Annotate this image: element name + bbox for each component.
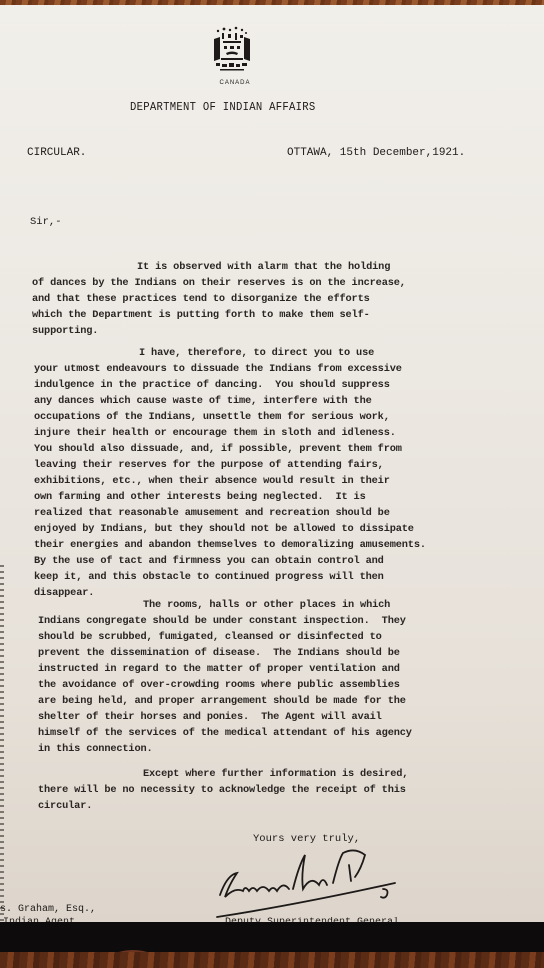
coat-of-arms-icon: [208, 25, 256, 75]
paragraph-line: himself of the services of the medical a…: [38, 725, 508, 741]
paragraph-line: enjoyed by Indians, but they should not …: [34, 521, 504, 537]
paragraph-line: I have, therefore, to direct you to use: [34, 345, 504, 361]
paragraph-line: are being held, and proper arrangement s…: [38, 693, 508, 709]
paragraph-line: You should also dissuade, and, if possib…: [34, 441, 504, 457]
paragraph-line: and that these practices tend to disorga…: [32, 291, 502, 307]
paragraph-line: shelter of their horses and ponies. The …: [38, 709, 508, 725]
paragraph-line: The rooms, halls or other places in whic…: [38, 597, 508, 613]
paragraph-line: indulgence in the practice of dancing. Y…: [34, 377, 504, 393]
paragraph-3: The rooms, halls or other places in whic…: [38, 597, 508, 757]
crest-label: CANADA: [210, 80, 260, 86]
paper-torn-edge: [0, 565, 4, 925]
letter-page: CANADA DEPARTMENT OF INDIAN AFFAIRS CIRC…: [0, 5, 544, 922]
dateline: OTTAWA, 15th December,1921.: [287, 147, 465, 159]
signature: Duncan C. Scott: [215, 845, 415, 920]
paragraph-line: By the use of tact and firmness you can …: [34, 553, 504, 569]
salutation: Sir,-: [30, 216, 62, 228]
paragraph-line: supporting.: [32, 323, 502, 339]
paragraph-line: exhibitions, etc., when their absence wo…: [34, 473, 504, 489]
closing: Yours very truly,: [253, 833, 360, 845]
paragraph-1: It is observed with alarm that the holdi…: [32, 259, 502, 339]
paragraph-line: your utmost endeavours to dissuade the I…: [34, 361, 504, 377]
paragraph-line: in this connection.: [38, 741, 508, 757]
addressee-name: s. Graham, Esq.,: [0, 904, 96, 915]
department-heading: DEPARTMENT OF INDIAN AFFAIRS: [130, 101, 316, 114]
paragraph-line: instructed in regard to the matter of pr…: [38, 661, 508, 677]
paragraph-line: Except where further information is desi…: [38, 766, 508, 782]
paragraph-line: circular.: [38, 798, 508, 814]
paragraph-line: the avoidance of over-crowding rooms whe…: [38, 677, 508, 693]
paragraph-line: prevent the dissemination of disease. Th…: [38, 645, 508, 661]
paragraph-line: leaving their reserves for the purpose o…: [34, 457, 504, 473]
paragraph-4: Except where further information is desi…: [38, 766, 508, 814]
paragraph-line: keep it, and this obstacle to continued …: [34, 569, 504, 585]
document-type-label: CIRCULAR.: [27, 147, 86, 159]
paragraph-line: It is observed with alarm that the holdi…: [32, 259, 502, 275]
wood-background-bottom: [0, 952, 544, 968]
paragraph-line: should be scrubbed, fumigated, cleansed …: [38, 629, 508, 645]
paragraph-line: any dances which cause waste of time, in…: [34, 393, 504, 409]
paragraph-line: their energies and abandon themselves to…: [34, 537, 504, 553]
paragraph-line: injure their health or encourage them in…: [34, 425, 504, 441]
paragraph-line: which the Department is putting forth to…: [32, 307, 502, 323]
paragraph-line: occupations of the Indians, unsettle the…: [34, 409, 504, 425]
frame-bottom-bar: [0, 922, 544, 952]
paragraph-line: own farming and other interests being ne…: [34, 489, 504, 505]
paragraph-line: Indians congregate should be under const…: [38, 613, 508, 629]
paragraph-2: I have, therefore, to direct you to usey…: [34, 345, 504, 601]
paragraph-line: realized that reasonable amusement and r…: [34, 505, 504, 521]
paragraph-line: there will be no necessity to acknowledg…: [38, 782, 508, 798]
paragraph-line: of dances by the Indians on their reserv…: [32, 275, 502, 291]
